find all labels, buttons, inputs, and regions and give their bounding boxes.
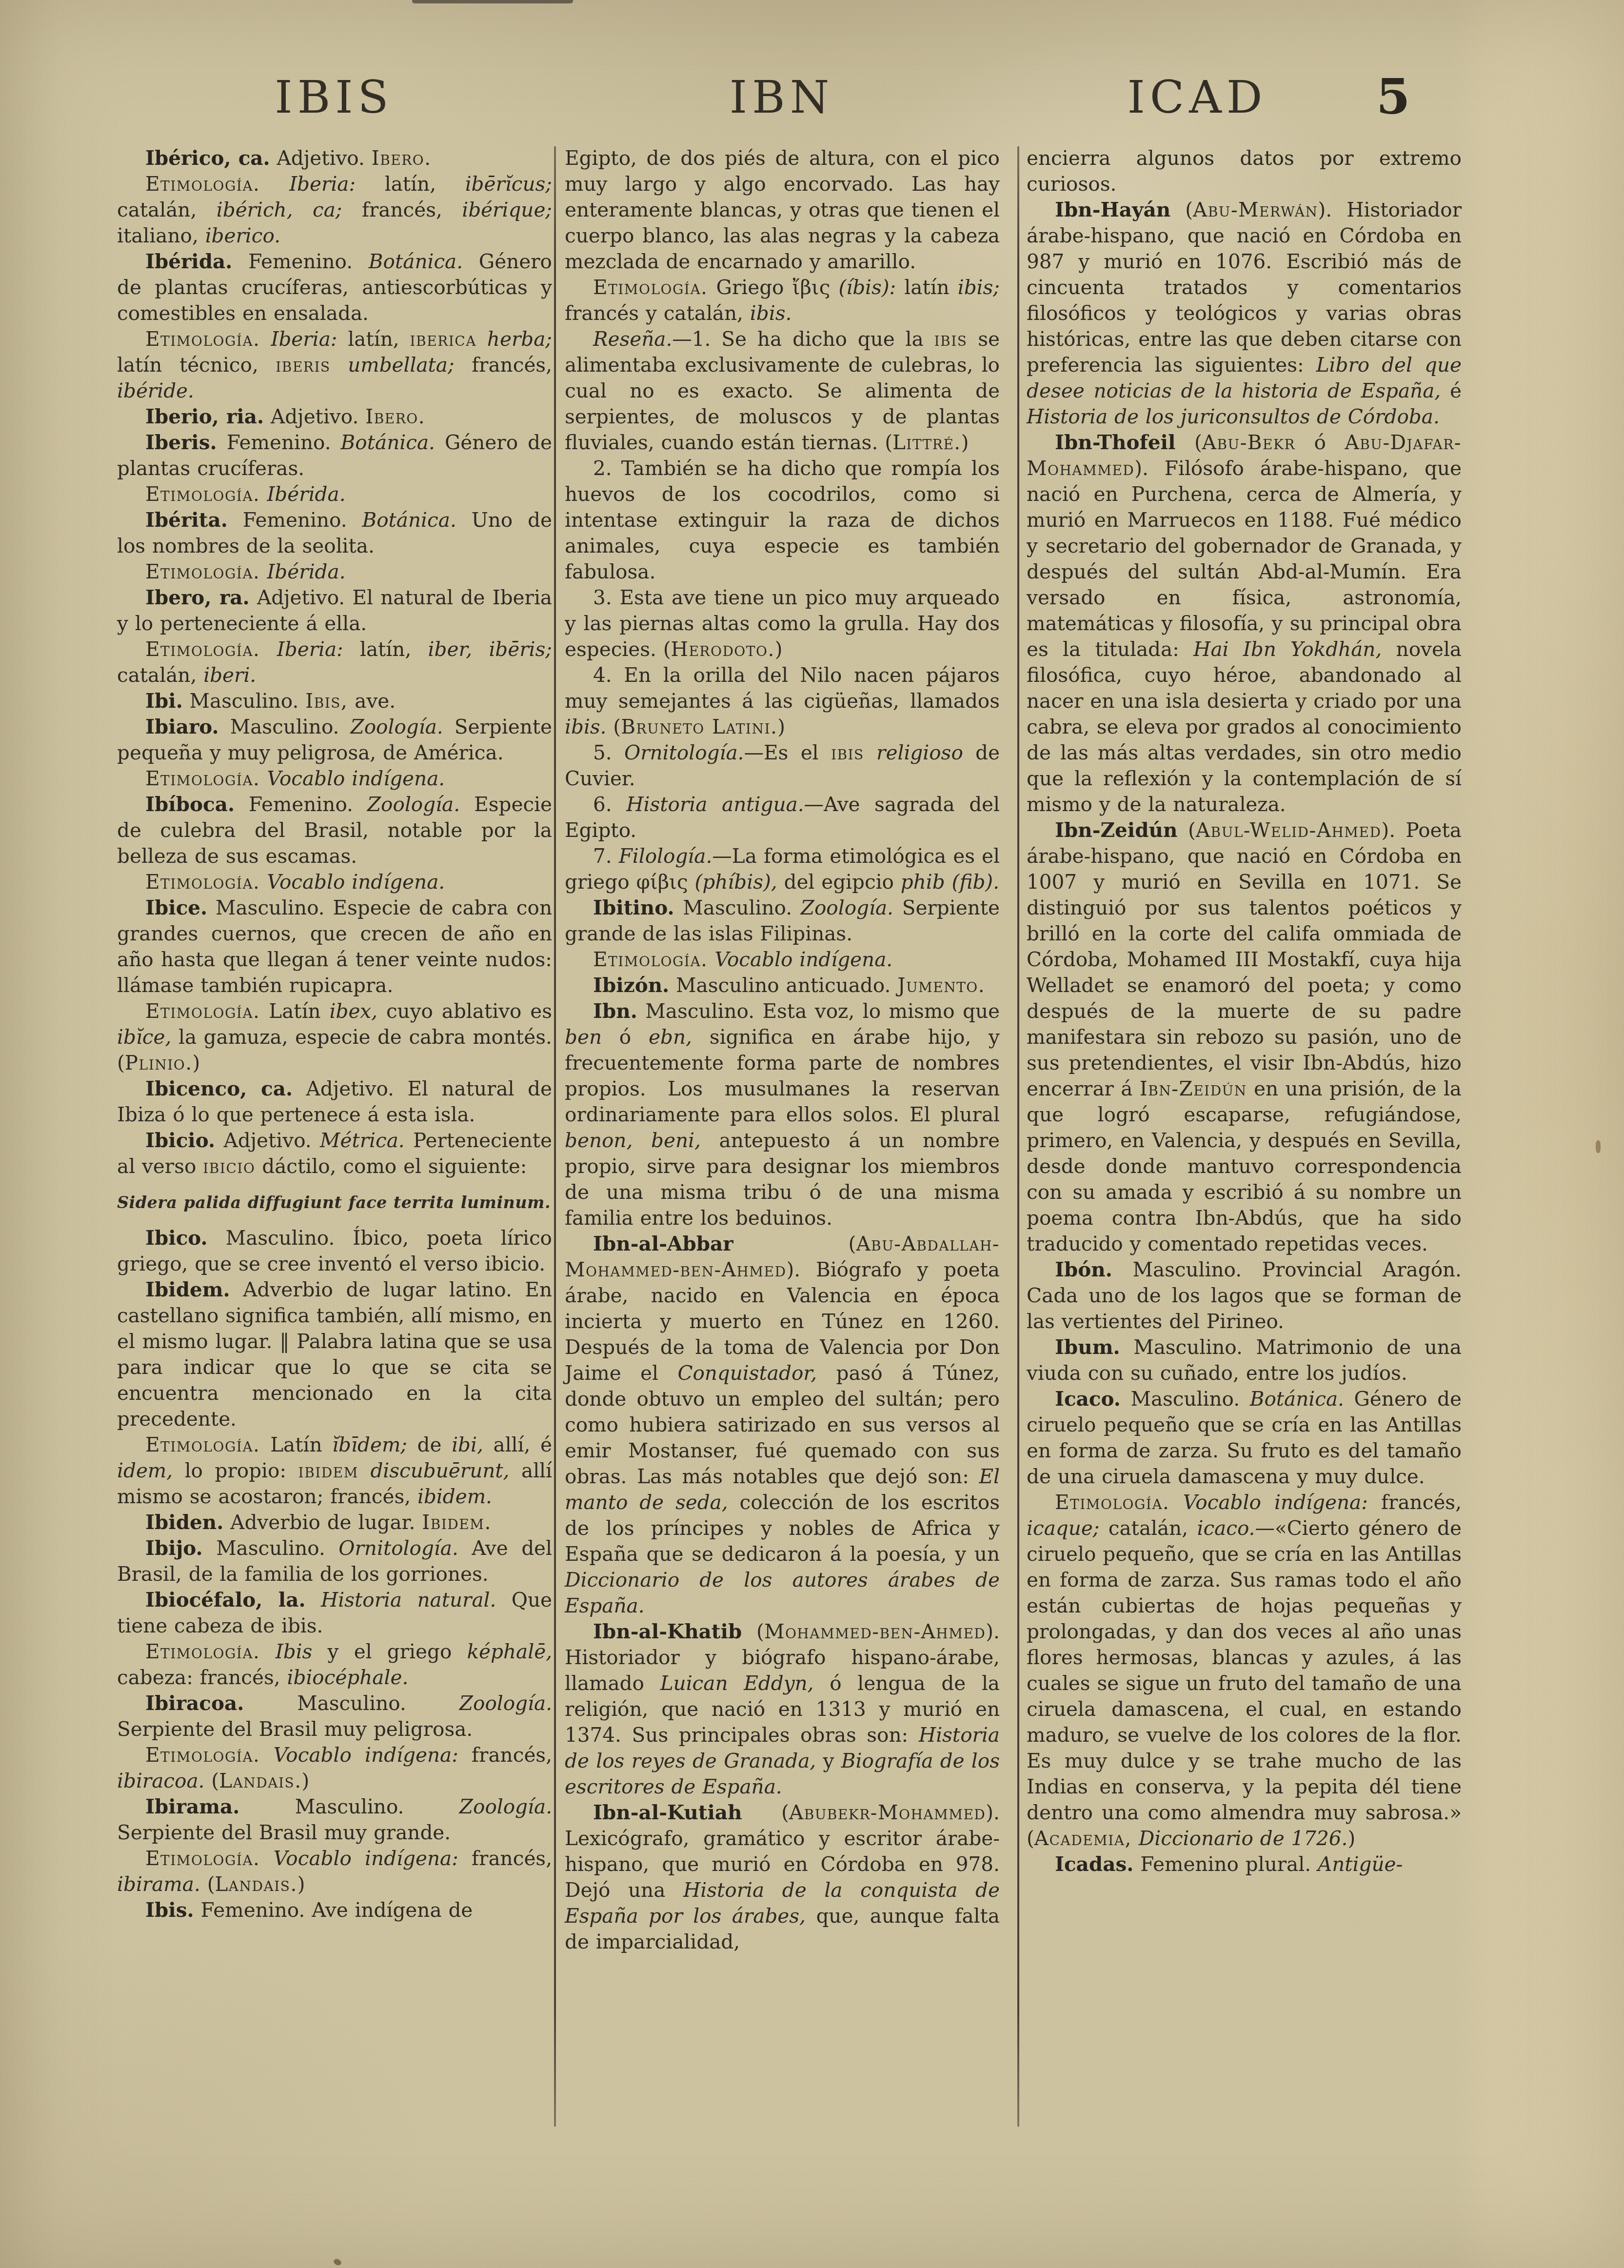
dictionary-paragraph: Ibíboca. Femenino. Zoología. Especie de …: [117, 792, 552, 869]
text-column-3: encierra algunos datos por extremo curio…: [1027, 145, 1462, 1877]
column-divider: [554, 146, 556, 2127]
dictionary-paragraph: Ibico. Masculino. Íbico, poeta lírico gr…: [117, 1225, 552, 1277]
dictionary-paragraph: Ibi. Masculino. Ibis, ave.: [117, 688, 552, 714]
dictionary-paragraph: Etimología. Vocablo indígena.: [117, 869, 552, 895]
dictionary-paragraph: Etimología. Iberia: latín, iber, ibēris;…: [117, 637, 552, 688]
dictionary-paragraph: Etimología. Vocablo indígena.: [117, 766, 552, 792]
dictionary-paragraph: Etimología. Vocablo indígena.: [565, 947, 1000, 973]
running-head-center: IBN: [565, 73, 999, 122]
dictionary-paragraph: Ibn-Hayán (Abu-Merwán). Historiador árab…: [1027, 197, 1462, 430]
dictionary-paragraph: Reseña.—1. Se ha dicho que la ibis se al…: [565, 326, 1000, 456]
dictionary-paragraph: 6. Historia antigua.—Ave sagrada del Egi…: [565, 792, 1000, 843]
dictionary-paragraph: 4. En la orilla del Nilo nacen pájaros m…: [565, 662, 1000, 740]
continuation-paragraph: Egipto, de dos piés de altura, con el pi…: [565, 145, 1000, 275]
verse-line: Sidera palida diffugiunt face territa lu…: [117, 1192, 552, 1214]
dictionary-paragraph: 2. También se ha dicho que rompía los hu…: [565, 456, 1000, 585]
dictionary-paragraph: Ibicio. Adjetivo. Métrica. Perteneciente…: [117, 1128, 552, 1179]
dictionary-paragraph: Ibitino. Masculino. Zoología. Serpiente …: [565, 895, 1000, 947]
dictionary-paragraph: Etimología. Iberia: latín, iberica herba…: [117, 326, 552, 404]
text-column-1: Ibérico, ca. Adjetivo. Ibero.Etimología.…: [117, 145, 552, 1923]
scan-edge-artifact: [412, 0, 573, 3]
dictionary-paragraph: Etimología. Latín ibex, cuyo ablativo es…: [117, 998, 552, 1076]
running-head-right: ICAD: [1027, 73, 1368, 122]
dictionary-paragraph: Ibum. Masculino. Matrimonio de una viuda…: [1027, 1334, 1462, 1386]
dictionary-paragraph: Ibizón. Masculino anticuado. Jumento.: [565, 973, 1000, 998]
paper-speck: [333, 2258, 342, 2267]
dictionary-paragraph: Icadas. Femenino plural. Antigüe-: [1027, 1851, 1462, 1877]
dictionary-paragraph: Ibis. Femenino. Ave indígena de: [117, 1897, 552, 1923]
scanned-dictionary-page: IBIS IBN ICAD 5 Ibérico, ca. Adjetivo. I…: [0, 0, 1624, 2268]
dictionary-paragraph: Ibirama. Masculino. Zoología. Serpiente …: [117, 1794, 552, 1846]
dictionary-paragraph: Ibiden. Adverbio de lugar. Ibidem.: [117, 1510, 552, 1535]
dictionary-paragraph: Ibiocéfalo, la. Historia natural. Que ti…: [117, 1587, 552, 1639]
dictionary-paragraph: Ibidem. Adverbio de lugar latino. En cas…: [117, 1277, 552, 1432]
dictionary-paragraph: 7. Filología.—La forma etimológica es el…: [565, 843, 1000, 895]
dictionary-paragraph: Ibérico, ca. Adjetivo. Ibero.: [117, 145, 552, 171]
dictionary-paragraph: Ibero, ra. Adjetivo. El natural de Iberi…: [117, 585, 552, 637]
dictionary-paragraph: Ibn-Zeidún (Abul-Welid-Ahmed). Poeta ára…: [1027, 817, 1462, 1257]
dictionary-paragraph: Ibn-al-Khatib (Mohammed-ben-Ahmed). Hist…: [565, 1619, 1000, 1800]
dictionary-paragraph: Iberio, ria. Adjetivo. Ibero.: [117, 404, 552, 430]
dictionary-paragraph: Ibn-al-Abbar (Abu-Abdallah-Mohammed-ben-…: [565, 1231, 1000, 1619]
dictionary-paragraph: Ibón. Masculino. Provincial Aragón. Cada…: [1027, 1257, 1462, 1334]
running-head-left: IBIS: [117, 73, 551, 122]
text-column-2: Egipto, de dos piés de altura, con el pi…: [565, 145, 1000, 1955]
dictionary-paragraph: Etimología. Vocablo indígena: francés, i…: [117, 1742, 552, 1794]
page-number: 5: [1376, 71, 1410, 122]
paper-speck: [1596, 1140, 1601, 1153]
dictionary-paragraph: Ibn-Thofeil (Abu-Bekr ó Abu-Djafar-Moham…: [1027, 430, 1462, 817]
dictionary-paragraph: Ibiaro. Masculino. Zoología. Serpiente p…: [117, 714, 552, 766]
dictionary-paragraph: Ibiracoa. Masculino. Zoología. Serpiente…: [117, 1691, 552, 1742]
dictionary-paragraph: Ibice. Masculino. Especie de cabra con g…: [117, 895, 552, 998]
dictionary-paragraph: Ibijo. Masculino. Ornitología. Ave del B…: [117, 1535, 552, 1587]
dictionary-paragraph: Etimología. Ibérida.: [117, 559, 552, 585]
dictionary-paragraph: Etimología. Ibis y el griego képhalē, ca…: [117, 1639, 552, 1691]
dictionary-paragraph: Ibérita. Femenino. Botánica. Uno de los …: [117, 507, 552, 559]
dictionary-paragraph: Ibn. Masculino. Esta voz, lo mismo que b…: [565, 998, 1000, 1231]
dictionary-paragraph: Etimología. Vocablo indígena: francés, i…: [1027, 1490, 1462, 1851]
dictionary-paragraph: 3. Esta ave tiene un pico muy arqueado y…: [565, 585, 1000, 662]
dictionary-paragraph: Icaco. Masculino. Botánica. Género de ci…: [1027, 1386, 1462, 1490]
dictionary-paragraph: Etimología. Griego ἴβις (íbis): latín ib…: [565, 275, 1000, 326]
dictionary-paragraph: 5. Ornitología.—Es el ibis religioso de …: [565, 740, 1000, 792]
column-divider: [1017, 146, 1019, 2127]
dictionary-paragraph: Ibn-al-Kutiah (Abubekr-Mohammed). Lexicó…: [565, 1800, 1000, 1955]
dictionary-paragraph: Etimología. Iberia: latín, ibērĭcus; cat…: [117, 171, 552, 249]
dictionary-paragraph: Iberis. Femenino. Botánica. Género de pl…: [117, 430, 552, 481]
continuation-paragraph: encierra algunos datos por extremo curio…: [1027, 145, 1462, 197]
dictionary-paragraph: Ibérida. Femenino. Botánica. Género de p…: [117, 249, 552, 326]
dictionary-paragraph: Etimología. Latín ĭbīdem; de ibi, allí, …: [117, 1432, 552, 1510]
dictionary-paragraph: Etimología. Ibérida.: [117, 481, 552, 507]
dictionary-paragraph: Ibicenco, ca. Adjetivo. El natural de Ib…: [117, 1076, 552, 1128]
dictionary-paragraph: Etimología. Vocablo indígena: francés, i…: [117, 1846, 552, 1897]
